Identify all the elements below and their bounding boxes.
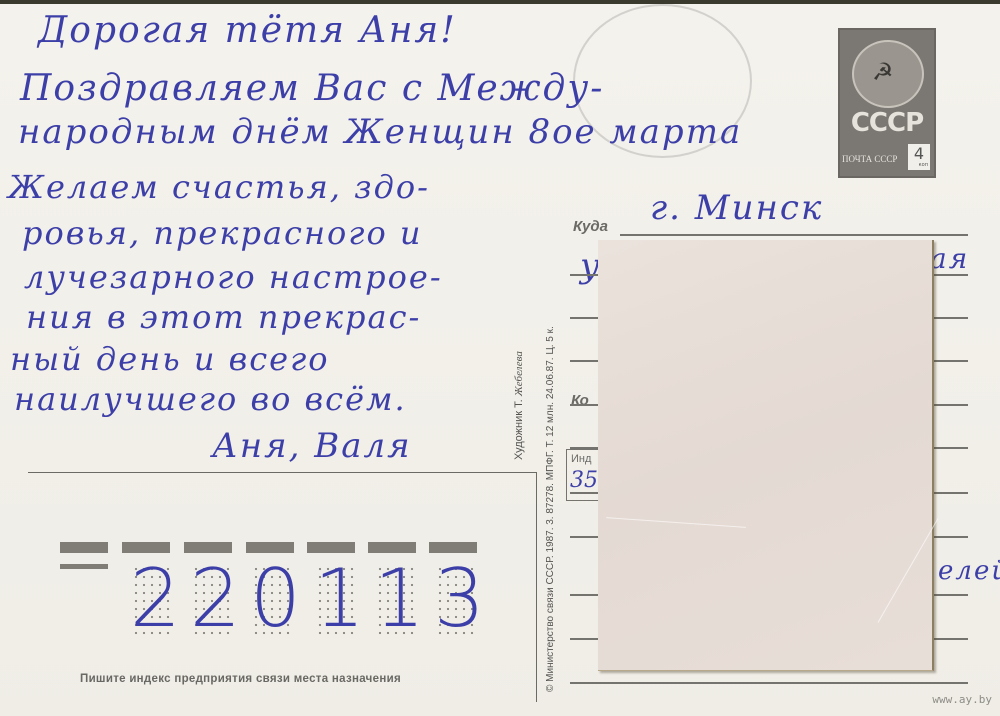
address-line: [620, 234, 968, 236]
address-to-value: г. Минск: [650, 188, 823, 228]
index-digit: 0: [250, 554, 294, 644]
sender-index-label: Инд: [571, 453, 591, 465]
message-line: ния в этот прекрас-: [26, 298, 421, 336]
index-digit: 3: [434, 554, 478, 644]
address-bottom-right: елей: [938, 556, 1000, 586]
scan-edge: [0, 0, 1000, 4]
artist-credit: Художник Т. Жебелева: [513, 351, 525, 460]
section-divider: [536, 472, 537, 702]
message-divider: [28, 472, 536, 473]
postcard: Дорогая тётя Аня! Поздравляем Вас с Межд…: [0, 2, 1000, 716]
address-to-label: Куда: [573, 218, 608, 235]
message-line: лучезарного настрое-: [24, 258, 443, 296]
message-line: ный день и всего: [10, 340, 330, 378]
paper-crease: [606, 517, 746, 528]
message-line: Дорогая тётя Аня!: [38, 10, 457, 51]
signature: Аня, Валя: [212, 426, 412, 466]
ussr-emblem-icon: ☭: [852, 40, 924, 108]
message-line: наилучшего во всём.: [14, 380, 407, 418]
address-street-right: ая: [930, 242, 969, 275]
watermark: www.ay.by: [932, 693, 992, 706]
covering-paper: [598, 240, 934, 671]
address-whom-label: Ко: [571, 392, 589, 409]
stamp-service: ПОЧТА СССР: [842, 154, 897, 164]
message-line: народным днём Женщин 8ое марта: [18, 112, 742, 152]
index-hint: Пишите индекс предприятия связи места на…: [80, 673, 401, 685]
message-line: ровья, прекрасного и: [22, 214, 423, 252]
address-line: [570, 682, 968, 684]
index-digit: 2: [130, 554, 174, 644]
message-line: Поздравляем Вас с Между-: [20, 68, 604, 109]
postage-stamp: ☭ СССР ПОЧТА СССР 4 коп: [838, 28, 936, 178]
publisher-imprint: © Министерство связи СССР. 1987. 3. 8727…: [545, 326, 556, 692]
stamp-unit: коп: [919, 162, 928, 168]
index-digit: 1: [314, 554, 358, 644]
index-bar-secondary: [60, 564, 108, 569]
sender-index-value: 35: [570, 468, 598, 493]
message-line: Желаем счастья, здо-: [8, 168, 430, 206]
hammer-sickle-icon: ☭: [872, 58, 894, 86]
index-digit: 1: [374, 554, 418, 644]
index-digit: 2: [190, 554, 234, 644]
paper-crease: [878, 518, 939, 622]
index-bar: [60, 542, 108, 553]
stamp-country: СССР: [848, 108, 926, 138]
